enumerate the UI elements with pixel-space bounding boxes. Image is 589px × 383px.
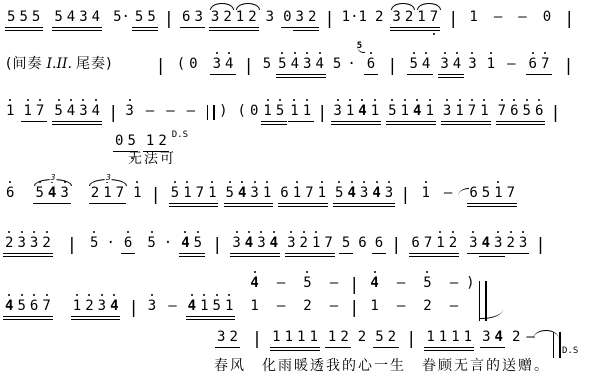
octave-dot-high <box>306 99 308 101</box>
octave-dot-high <box>429 99 431 101</box>
octave-dot-high <box>293 99 295 101</box>
spacer <box>287 297 301 298</box>
octave-dot-high <box>497 231 499 233</box>
note-3: 3 <box>15 236 27 258</box>
note-1: 1 <box>399 104 411 126</box>
note-–: – <box>448 299 460 321</box>
score-line-7: 32|111112252|1111342– <box>214 330 563 352</box>
beam-line <box>3 253 53 254</box>
note-6: 6 <box>278 186 290 208</box>
octave-dot-high <box>8 231 10 233</box>
octave-dot-high <box>95 99 97 101</box>
spacer <box>360 320 368 321</box>
octave-dot-high <box>303 231 305 233</box>
note-4: 4 <box>370 186 382 208</box>
beam-line <box>331 124 381 125</box>
note-2: 2 <box>221 10 233 32</box>
note-2: 2 <box>356 330 368 352</box>
beam-line <box>132 27 158 28</box>
octave-dot-high <box>33 231 35 233</box>
octave-dot-high <box>306 52 308 54</box>
beam-line <box>285 256 335 257</box>
octave-dot-high <box>254 181 256 183</box>
barline: | <box>563 12 575 32</box>
note-4: 4 <box>268 236 280 258</box>
octave-dot-high <box>229 181 231 183</box>
beam-line <box>169 203 219 204</box>
note-–: – <box>164 104 176 126</box>
octave-dot-high <box>9 99 11 101</box>
octave-dot-high <box>522 231 524 233</box>
octave-dot-high <box>21 231 23 233</box>
beam-line <box>270 347 320 348</box>
note-4: 4 <box>451 57 463 79</box>
octave-dot-low <box>131 157 133 159</box>
beam-line <box>270 350 320 351</box>
octave-dot-high <box>337 99 339 101</box>
beam-line <box>424 350 474 351</box>
spacer <box>480 31 492 32</box>
note-1: 1 <box>234 10 246 32</box>
beam-line <box>409 253 459 254</box>
octave-dot-high <box>82 99 84 101</box>
beam-line <box>52 30 102 31</box>
spacer <box>434 320 448 321</box>
beam-line <box>89 203 127 204</box>
note-3: 3 <box>96 299 108 321</box>
note-1: 1 <box>462 330 474 352</box>
octave-dot-high <box>471 99 473 101</box>
note-1: 1 <box>291 186 303 208</box>
note-1: 1 <box>206 186 218 208</box>
octave-dot-high <box>510 231 512 233</box>
note-4: 4 <box>236 186 248 208</box>
note-5: 5 <box>169 186 181 208</box>
note-5: 5 <box>480 186 492 208</box>
note-4: 4 <box>289 57 301 79</box>
spacer <box>314 320 328 321</box>
beam-group: 12 <box>143 134 170 156</box>
beam-group: 67 <box>526 57 553 79</box>
octave-dot-high <box>425 52 427 54</box>
beam-line <box>21 121 47 122</box>
note-3: 3 <box>294 10 306 32</box>
note-1: 1 <box>478 104 490 126</box>
note-1: 1 <box>181 186 193 208</box>
octave-dot-low <box>433 33 435 35</box>
spacer <box>135 257 145 258</box>
spacer <box>261 297 275 298</box>
beam-group: 45 <box>178 236 205 258</box>
beam-group: 4567 <box>2 299 54 321</box>
beam-group: 65 <box>364 57 378 79</box>
barline: | <box>405 332 417 352</box>
note-1: 1 <box>424 330 436 352</box>
note-1: 1 <box>270 330 282 352</box>
note-3: 3 <box>211 57 223 79</box>
beam-group: 3217 <box>284 236 336 258</box>
beam-group: 6517 <box>466 186 518 208</box>
note-5: 5 <box>5 10 17 32</box>
beam-line <box>390 27 440 28</box>
note-7: 7 <box>466 104 478 126</box>
note-1: 1 <box>261 186 273 208</box>
note-1: 1 <box>71 299 83 321</box>
note-1: 1 <box>310 236 322 258</box>
beam-group: 6171 <box>277 186 329 208</box>
beam-line <box>467 206 517 207</box>
note-1: 1 <box>301 104 313 126</box>
note-–: – <box>328 276 340 298</box>
barline: | <box>150 188 162 208</box>
note-–: – <box>328 299 340 321</box>
note-–: – <box>395 276 407 298</box>
note-5·: 5· <box>111 10 132 32</box>
octave-dot-high <box>319 52 321 54</box>
spacer <box>261 320 275 321</box>
octave-dot-high <box>374 99 376 101</box>
note-3: 3 <box>383 186 395 208</box>
beam-line <box>496 124 546 125</box>
octave-dot-high <box>446 99 448 101</box>
note-5: 5 <box>211 299 223 321</box>
spacer <box>529 31 541 32</box>
beam-line <box>33 203 71 204</box>
spacer <box>236 320 248 321</box>
note-–: – <box>275 276 287 298</box>
double-barline <box>479 281 487 321</box>
note-(间奏: (间奏 <box>4 57 44 79</box>
spacer <box>72 207 88 208</box>
spacer <box>432 207 442 208</box>
note-5: 5 <box>30 10 42 32</box>
note-1: 1 <box>131 186 143 208</box>
barline: | <box>128 301 140 321</box>
beam-group: 15 <box>260 104 287 126</box>
beam-line <box>424 347 474 348</box>
octave-dot-high <box>281 52 283 54</box>
tuplet-number: 3 <box>50 174 57 182</box>
beam-group: 5431 <box>223 186 275 208</box>
beam-group: 3171 <box>440 104 492 126</box>
note-3: 3 <box>466 57 478 79</box>
octave-dot-high <box>127 231 129 233</box>
beam-group: 5 <box>339 236 353 258</box>
note-4: 4 <box>313 57 325 79</box>
note-1: 1 <box>449 330 461 352</box>
note-5: 5 <box>521 104 533 126</box>
beam-line <box>169 206 219 207</box>
note-1: 1 <box>4 104 16 126</box>
octave-dot-high <box>273 231 275 233</box>
spacer <box>553 31 563 32</box>
beam-group: 34 <box>479 330 506 352</box>
note-5: 5 <box>274 104 286 126</box>
barline: | <box>348 301 360 321</box>
note-1: 1 <box>307 330 319 352</box>
beam-group: 032 <box>280 10 319 32</box>
beam-line <box>373 347 399 348</box>
octave-dot-high <box>391 99 393 101</box>
octave-dot-high <box>279 99 281 101</box>
note-D.S: D.S <box>170 130 190 147</box>
beam-group: 54343 <box>332 186 396 208</box>
beam-line <box>333 206 395 207</box>
octave-dot-high <box>413 52 415 54</box>
beam-line <box>479 256 505 257</box>
note-5: 5 <box>261 57 273 79</box>
note-3: 3 <box>492 236 504 258</box>
spacer <box>552 78 562 79</box>
beam-group: 3141 <box>330 104 382 126</box>
octave-dot-high <box>151 231 153 233</box>
beam-line <box>210 74 236 75</box>
note-5: 5 <box>331 57 343 79</box>
note-1: 1 <box>316 186 328 208</box>
note-7: 7 <box>40 299 52 321</box>
score-line-1: 55554345·55|6332123032|1·123217|1––0| <box>4 10 575 32</box>
beam-group: 34 <box>437 57 464 79</box>
note-6: 6 <box>122 236 134 258</box>
octave-dot-high <box>113 294 115 296</box>
note-4: 4 <box>179 236 191 258</box>
note-1: 1 <box>283 330 295 352</box>
octave-dot-high <box>9 181 11 183</box>
beam-line <box>438 77 464 78</box>
beam-line <box>496 121 546 122</box>
octave-dot-high <box>228 52 230 54</box>
note-1: 1 <box>369 104 381 126</box>
note-3: 3 <box>77 10 89 32</box>
note-3: 3 <box>285 236 297 258</box>
beam-line <box>409 256 459 257</box>
note-): ) <box>217 104 229 126</box>
octave-dot-high <box>70 99 72 101</box>
spacer <box>381 320 395 321</box>
spacer <box>167 78 175 79</box>
octave-dot-high <box>39 99 41 101</box>
note-2: 2 <box>298 236 310 258</box>
note-6: 6 <box>527 57 539 79</box>
note-5: 5 <box>224 186 236 208</box>
beam-group: 34323 <box>466 236 530 258</box>
note-–: – <box>524 330 536 352</box>
spacer <box>177 125 185 126</box>
note-–: – <box>505 57 517 79</box>
octave-dot-high <box>321 181 323 183</box>
barline: | <box>390 238 402 258</box>
octave-dot-high <box>349 99 351 101</box>
octave-dot-high <box>151 294 153 296</box>
note-5: 5 <box>15 299 27 321</box>
note-1: 1 <box>415 10 427 32</box>
octave-dot-high <box>197 231 199 233</box>
note-7: 7 <box>194 186 206 208</box>
beam-group: 6 <box>121 236 135 258</box>
note-D.S: D.S <box>560 346 580 363</box>
note-3: 3 <box>209 10 221 32</box>
beam-line <box>121 253 135 254</box>
octave-dot-high <box>425 181 427 183</box>
barline: | <box>154 59 166 79</box>
note-6: 6 <box>508 104 520 126</box>
barline: | <box>386 59 398 79</box>
beam-group: 32 <box>214 330 241 352</box>
note-–: – <box>144 104 156 126</box>
score-line-6: 45671234|3–41514–5–|4–5–)1–2–|1–2– <box>2 276 489 321</box>
beam-group: 6712 <box>408 236 460 258</box>
octave-dot-high <box>129 99 131 101</box>
spacer <box>103 31 111 32</box>
slur-arc: 3 <box>34 179 72 186</box>
spacer <box>136 125 144 126</box>
beam-group: 05 <box>112 134 139 156</box>
note-5: 5 <box>386 104 398 126</box>
beam-line <box>407 74 433 75</box>
note-2: 2 <box>421 299 433 321</box>
beam-line <box>261 124 287 125</box>
note-2: 2 <box>403 10 415 32</box>
barline: | <box>251 332 263 352</box>
two-voice-stack: 4–5–|4–5–)1–2–|1–2– <box>248 276 476 321</box>
note-4: 4 <box>345 186 357 208</box>
score-subline-pickup: 0512D.S <box>112 130 190 156</box>
beam-line <box>331 121 381 122</box>
beam-line <box>372 253 386 254</box>
beam-group: 5171 <box>168 186 220 208</box>
beam-line <box>52 124 102 125</box>
beam-line <box>209 27 259 28</box>
note-2: 2 <box>504 236 516 258</box>
barline: | <box>399 188 411 208</box>
beam-line <box>230 256 280 257</box>
octave-dot-high <box>544 52 546 54</box>
octave-dot-high <box>538 99 540 101</box>
spacer <box>158 320 166 321</box>
lyric-main: 春风 化雨暖透我的心一生 眷顾无言的送赠。 <box>214 357 550 375</box>
beam-line <box>179 256 205 257</box>
beam-line <box>143 151 169 152</box>
octave-dot-high <box>76 294 78 296</box>
note-6: 6 <box>533 104 545 126</box>
spacer <box>78 257 88 258</box>
beam-line <box>386 124 436 125</box>
note-7: 7 <box>496 104 508 126</box>
note-3: 3 <box>438 57 450 79</box>
beam-group: 54 <box>406 57 433 79</box>
note-3: 3 <box>480 330 492 352</box>
note-1: 1 <box>295 330 307 352</box>
beam-line <box>441 121 491 122</box>
octave-dot-high <box>241 181 243 183</box>
note-5: 5 <box>407 57 419 79</box>
note-–: – <box>492 10 504 32</box>
beam-group: 4151 <box>185 299 237 321</box>
beam-group: 3212 <box>208 10 260 32</box>
beam-group: 1234 <box>70 299 122 321</box>
note-5: 5 <box>145 10 157 32</box>
beam-line <box>467 253 529 254</box>
beam-group: 6 <box>372 236 386 258</box>
spacer <box>398 78 406 79</box>
beam-line <box>230 253 280 254</box>
barline: | <box>242 59 254 79</box>
note-0: 0 <box>281 10 293 32</box>
note-): ) <box>464 276 476 298</box>
beam-line <box>3 319 53 320</box>
octave-dot-high <box>513 99 515 101</box>
octave-dot-high <box>452 231 454 233</box>
beam-group: 7656 <box>495 104 547 126</box>
octave-dot-high <box>267 99 269 101</box>
spacer <box>459 31 467 32</box>
note-6: 6 <box>467 186 479 208</box>
octave-dot-high <box>21 294 23 296</box>
score-line-5: 2332|5·65·45|34343217566|671234323| <box>2 236 547 258</box>
note-6: 6 <box>180 10 192 32</box>
octave-dot-high <box>444 52 446 54</box>
note-3: 3 <box>215 330 227 352</box>
spacer <box>197 125 205 126</box>
octave-dot-high <box>315 231 317 233</box>
note-2: 2 <box>301 299 313 321</box>
note-7: 7 <box>34 104 46 126</box>
note-0: 0 <box>248 104 260 126</box>
note-4: 4 <box>480 236 492 258</box>
octave-dot-high <box>254 271 256 273</box>
octave-dot-high <box>306 271 308 273</box>
octave-dot-high <box>490 52 492 54</box>
beam-line <box>3 316 53 317</box>
octave-dot-high <box>93 231 95 233</box>
octave-dot-high <box>290 231 292 233</box>
spacer <box>434 297 448 298</box>
note-5: 5 <box>340 236 352 258</box>
octave-dot-high <box>472 231 474 233</box>
note-3: 3 <box>248 186 260 208</box>
note-4: 4 <box>3 299 15 321</box>
beam-line <box>480 347 506 348</box>
note-3: 3 <box>467 236 479 258</box>
note-3: 3 <box>77 104 89 126</box>
beam-line <box>325 347 351 348</box>
beam-line <box>113 151 139 152</box>
slur-arc <box>210 3 234 10</box>
note-3: 3 <box>230 236 242 258</box>
note-4: 4 <box>356 104 368 126</box>
octave-dot-high <box>483 99 485 101</box>
note-–: – <box>395 299 407 321</box>
beam-group: 555 <box>4 10 43 32</box>
beam-line <box>278 206 328 207</box>
note-–: – <box>448 276 460 298</box>
note-–: – <box>275 299 287 321</box>
beam-group: 52 <box>372 330 399 352</box>
slur-arc: 3 <box>89 179 127 186</box>
note-1: 1 <box>419 186 431 208</box>
beam-group: 5433 <box>32 186 71 208</box>
beam-group: 1111 <box>423 330 475 352</box>
note-1: 1 <box>344 104 356 126</box>
note-2: 2 <box>83 299 95 321</box>
octave-dot-high <box>459 99 461 101</box>
octave-dot-high <box>46 231 48 233</box>
octave-dot-high <box>216 52 218 54</box>
octave-dot-high <box>532 52 534 54</box>
octave-dot-high <box>228 294 230 296</box>
score-line-4: 6543321731|51715431617154343|1–6517 <box>4 186 518 208</box>
note-7: 7 <box>539 57 551 79</box>
